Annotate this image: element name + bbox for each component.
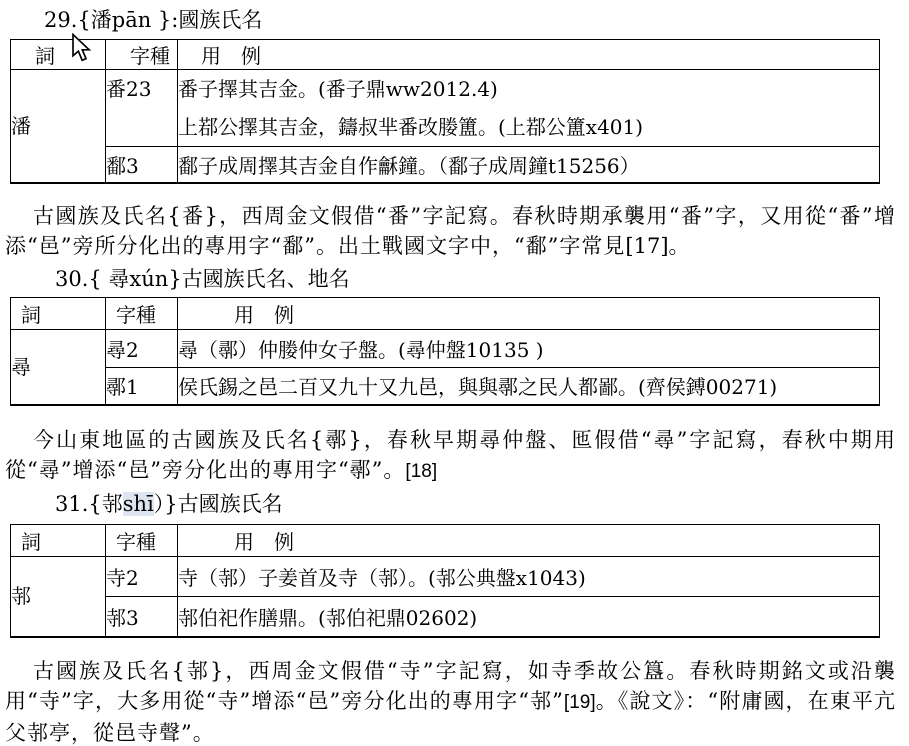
glossary-table-shi: 詞 字種 用 例 邿 寺2 寺（邿）子姜首及寺（邿）。(邿公典盤x1043) 邿… [10,524,880,638]
char-type-cell: 寺2 [106,557,178,597]
char-type-cell: 鄩1 [106,367,178,405]
paragraph-29-tail: 。 [669,234,691,258]
entry-29-heading: 29.{潘pān }:國族氏名 [44,8,909,32]
header-word-column: 詞 [11,297,106,329]
table-row: 邿 寺2 寺（邿）子姜首及寺（邿）。(邿公典盤x1043) [11,557,880,597]
entry-31-heading: 31.{邿shī）}古國族氏名 [55,492,909,516]
char-type-cell: 番23 [106,70,178,147]
glossary-table-pan: 詞 字種 用 例 潘 番23 番子擇其吉金。(番子鼎ww2012.4) 上鄀公擇… [10,39,880,184]
example-line: 尋（鄩）仲媵仲女子盤。(尋仲盤10135 ) [178,334,879,363]
char-type-cell: 邿3 [106,597,178,637]
char-type-cell: 鄱3 [106,147,178,183]
example-line: 上鄀公擇其吉金，鑄叔芈番改媵簠。(上鄀公簠x401) [178,108,879,146]
glossary-table-xun: 詞 字種 用 例 尋 尋2 尋（鄩）仲媵仲女子盤。(尋仲盤10135 ) 鄩1 … [10,297,880,407]
table-row: 鄱3 鄱子成周擇其吉金自作龢鐘。（鄱子成周鐘t15256） [11,147,880,183]
table-row: 鄩1 侯氏錫之邑二百又九十又九邑，與與鄩之民人都鄙。(齊侯鎛00271) [11,367,880,405]
entry-30-heading: 30.{ 尋xún}古國族氏名、地名 [55,267,909,291]
citation-ref-18: [18] [405,461,437,482]
table-row: 尋 尋2 尋（鄩）仲媵仲女子盤。(尋仲盤10135 ) [11,329,880,367]
example-cell: 鄱子成周擇其吉金自作龢鐘。（鄱子成周鐘t15256） [178,147,880,183]
header-type-column: 字種 [106,525,178,557]
paragraph-30-text: 今山東地區的古國族及氏名{鄩}，春秋早期尋仲盤、匜假借“尋”字記寫，春秋中期用從… [5,428,896,482]
example-cell: 尋（鄩）仲媵仲女子盤。(尋仲盤10135 ) [178,329,880,367]
word-cell: 邿 [11,557,106,637]
header-example-column: 用 例 [178,297,880,329]
table-header-row: 詞 字種 用 例 [11,297,880,329]
table-row: 邿3 邿伯祀作膳鼎。(邿伯祀鼎02602) [11,597,880,637]
paragraph-29-text: 古國族及氏名{番}，西周金文假借“番”字記寫。春秋時期承襲用“番”字，又用從“番… [5,204,896,258]
paragraph-31: 古國族及氏名{邿}，西周金文假借“寺”字記寫，如寺季故公簋。春秋時期銘文或沿襲用… [5,656,896,746]
example-cell: 侯氏錫之邑二百又九十又九邑，與與鄩之民人都鄙。(齊侯鎛00271) [178,367,880,405]
example-line: 寺（邿）子姜首及寺（邿）。(邿公典盤x1043) [178,562,879,591]
char-type-cell: 尋2 [106,329,178,367]
header-type-column: 字種 [106,40,178,70]
entry-31-heading-prefix: 31.{邿 [55,492,123,516]
header-type-column: 字種 [106,297,178,329]
example-line: 侯氏錫之邑二百又九十又九邑，與與鄩之民人都鄙。(齊侯鎛00271) [178,371,879,400]
table-row: 潘 番23 番子擇其吉金。(番子鼎ww2012.4) 上鄀公擇其吉金，鑄叔芈番改… [11,70,880,147]
word-cell: 尋 [11,329,106,405]
entry-31-pinyin-highlight: shī [123,492,154,516]
paragraph-29: 古國族及氏名{番}，西周金文假借“番”字記寫。春秋時期承襲用“番”字，又用從“番… [5,201,896,261]
citation-ref-19: [19] [564,692,596,713]
header-word-column: 詞 [11,525,106,557]
example-cell: 邿伯祀作膳鼎。(邿伯祀鼎02602) [178,597,880,637]
entry-31-heading-suffix: ）}古國族氏名 [154,492,283,516]
citation-ref-17: [17] [625,234,668,258]
example-cell: 番子擇其吉金。(番子鼎ww2012.4) 上鄀公擇其吉金，鑄叔芈番改媵簠。(上鄀… [178,70,880,147]
header-example-column: 用 例 [178,525,880,557]
word-cell: 潘 [11,70,106,183]
example-line: 鄱子成周擇其吉金自作龢鐘。（鄱子成周鐘t15256） [178,150,879,179]
example-line: 番子擇其吉金。(番子鼎ww2012.4) [178,70,879,108]
example-line: 邿伯祀作膳鼎。(邿伯祀鼎02602) [178,602,879,631]
example-cell: 寺（邿）子姜首及寺（邿）。(邿公典盤x1043) [178,557,880,597]
header-example-column: 用 例 [178,40,880,70]
table-header-row: 詞 字種 用 例 [11,525,880,557]
table-header-row: 詞 字種 用 例 [11,40,880,70]
header-word-column: 詞 [11,40,106,70]
paragraph-30: 今山東地區的古國族及氏名{鄩}，春秋早期尋仲盤、匜假借“尋”字記寫，春秋中期用從… [5,425,896,487]
